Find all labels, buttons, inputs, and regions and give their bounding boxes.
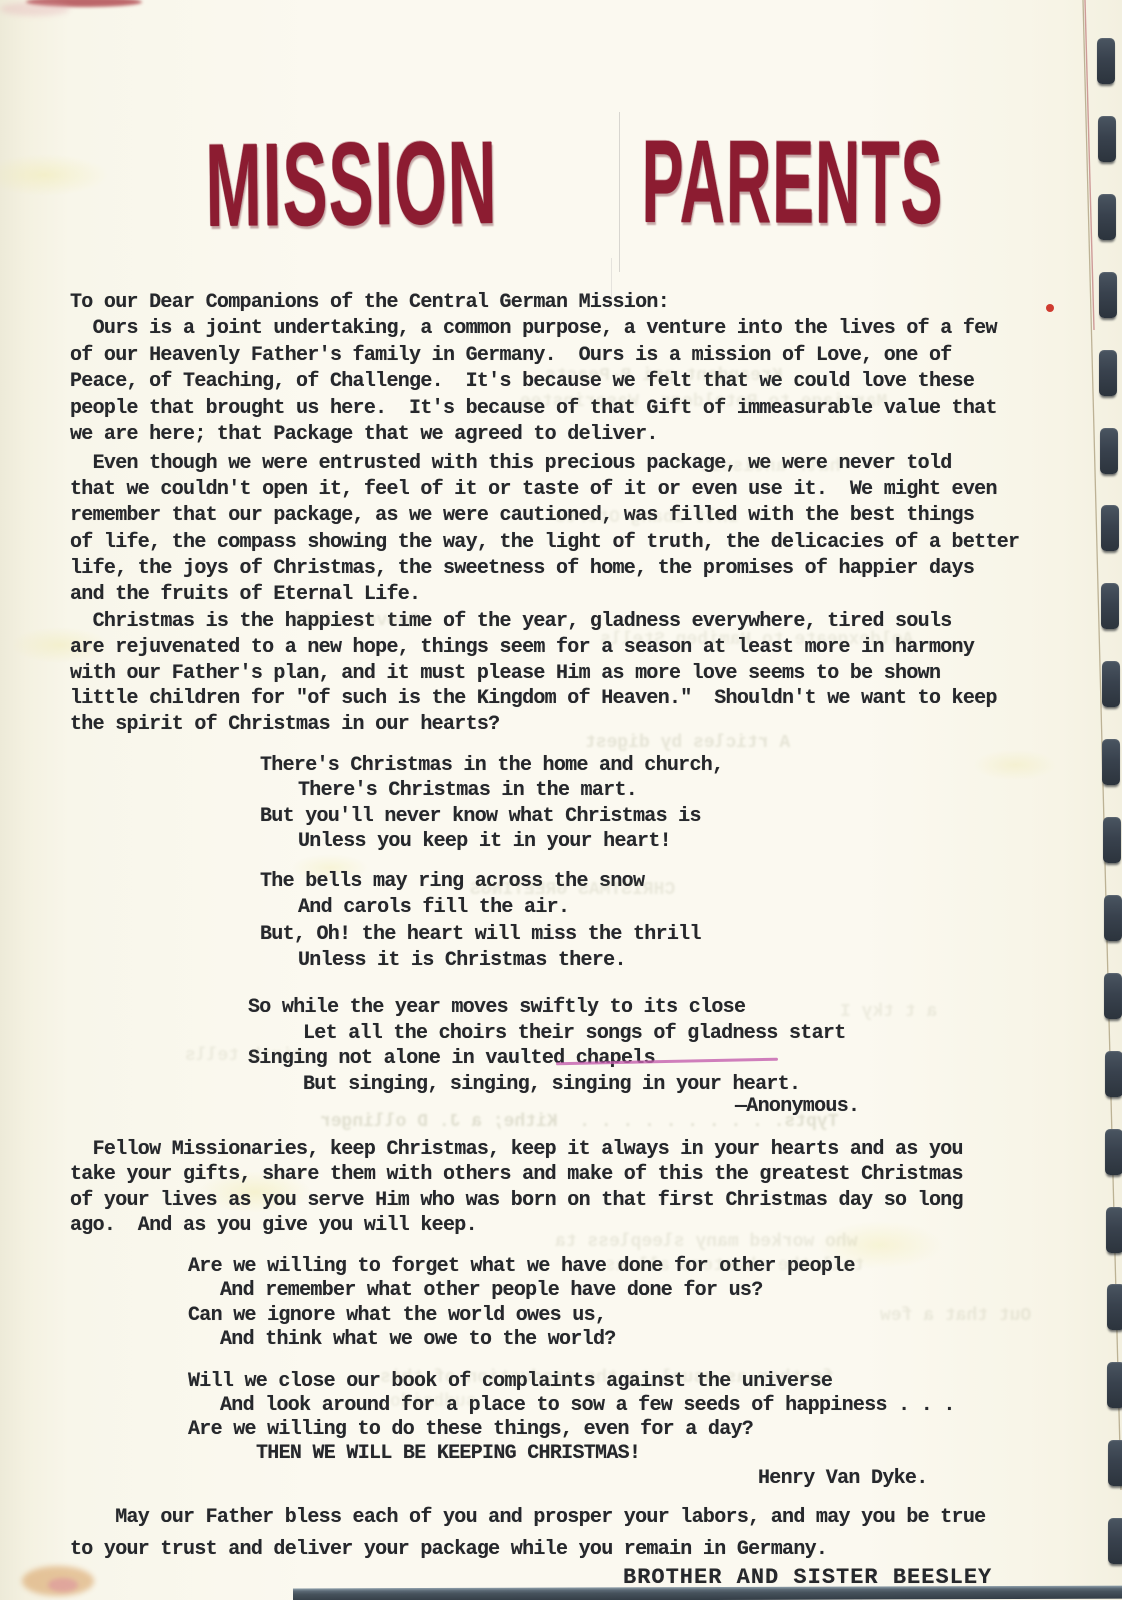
quote-stanza-2-line: Are we willing to do these things, even … [188, 1418, 955, 1442]
red-ink-speck [1046, 304, 1054, 312]
para-4-line: Fellow Missionaries, keep Christmas, kee… [70, 1137, 963, 1162]
para-1-line: Peace, of Teaching, of Challenge. It's b… [70, 369, 997, 396]
bleed-through-text: a t tky I [840, 1002, 937, 1022]
para-1-line: people that brought us here. It's becaus… [70, 396, 997, 423]
binding-tab [1099, 350, 1117, 396]
scanned-document-page: MISSION PARENTS To our Dear Companions o… [0, 0, 1122, 1600]
para-4-line: of your lives as you serve Him who was b… [70, 1188, 963, 1213]
para-4-line: ago. And as you give you will keep. [70, 1213, 963, 1238]
poem-stanza-1: There's Christmas in the home and church… [260, 753, 723, 854]
quote-stanza-2-line: And look around for a place to sow a few… [220, 1394, 955, 1418]
para-4-line: take your gifts, share them with others … [70, 1162, 963, 1187]
binding-tab [1102, 661, 1120, 707]
binding-tab [1102, 739, 1120, 785]
bottom-edge-bar [293, 1586, 1122, 1600]
para-5-line: to your trust and deliver your package w… [70, 1534, 985, 1566]
para-1: Ours is a joint undertaking, a common pu… [70, 316, 997, 449]
ink-smudge [48, 1578, 78, 1592]
binding-tab [1101, 505, 1119, 551]
para-3-line: the spirit of Christmas in our hearts? [70, 712, 997, 738]
para-2-line: remember that our package, as we were ca… [70, 503, 1019, 529]
poem-stanza-1-line: Unless you keep it in your heart! [298, 829, 723, 854]
attribution-van-dyke-line: Henry Van Dyke. [758, 1466, 928, 1492]
poem-stanza-2-line: And carols fill the air. [298, 895, 701, 921]
page-title-word-parents: PARENTS [642, 123, 944, 242]
para-2-line: of life, the compass showing the way, th… [70, 530, 1019, 556]
poem-stanza-3-line: Let all the choirs their songs of gladne… [303, 1021, 846, 1047]
para-3-line: little children for "of such is the King… [70, 686, 997, 712]
binding-tab [1099, 272, 1117, 318]
para-2-line: and the fruits of Eternal Life. [70, 582, 1019, 608]
para-3-line: with our Father's plan, and it must plea… [70, 661, 997, 687]
para-3: Christmas is the happiest time of the ye… [70, 609, 997, 738]
para-3-line: are rejuvenated to a new hope, things se… [70, 635, 997, 661]
quote-stanza-1-line: And think what we owe to the world? [220, 1328, 855, 1352]
poem-stanza-3: So while the year moves swiftly to its c… [248, 995, 846, 1097]
quote-stanza-1-line: Can we ignore what the world owes us, [188, 1304, 855, 1328]
para-4: Fellow Missionaries, keep Christmas, kee… [70, 1137, 963, 1239]
binding-tab [1108, 1518, 1122, 1564]
para-1-line: Ours is a joint undertaking, a common pu… [70, 316, 997, 343]
poem-stanza-3-line: So while the year moves swiftly to its c… [248, 995, 846, 1021]
para-2-line: Even though we were entrusted with this … [70, 451, 1019, 477]
para-2-line: life, the joys of Christmas, the sweetne… [70, 556, 1019, 582]
poem-stanza-1-line: There's Christmas in the home and church… [260, 753, 723, 778]
page-title-word-mission: MISSION [205, 124, 498, 245]
para-2: Even though we were entrusted with this … [70, 451, 1019, 608]
binding-tab [1103, 817, 1121, 863]
quote-stanza-2-line: Will we close our book of complaints aga… [188, 1370, 955, 1394]
quote-stanza-1: Are we willing to forget what we have do… [188, 1255, 855, 1353]
attribution-anonymous: —Anonymous. [735, 1094, 859, 1120]
binding-tab [1098, 194, 1116, 240]
binding-tab [1097, 38, 1115, 84]
para-1-line: we are here; that Package that we agreed… [70, 422, 997, 449]
poem-stanza-2-line: Unless it is Christmas there. [298, 948, 701, 974]
binding-tab [1098, 116, 1116, 162]
binding-tab [1105, 1129, 1122, 1175]
ink-smudge [26, 0, 142, 7]
salutation-line: To our Dear Companions of the Central Ge… [70, 289, 669, 316]
ink-smudge [0, 2, 70, 16]
poem-stanza-2-line: The bells may ring across the snow [260, 869, 701, 895]
para-2-line: that we couldn't open it, feel of it or … [70, 477, 1019, 503]
binding-tab [1108, 1440, 1122, 1486]
attribution-anonymous-line: —Anonymous. [735, 1094, 859, 1120]
quote-stanza-1-line: Are we willing to forget what we have do… [188, 1255, 855, 1279]
bleed-through-text: Out that a few [880, 1306, 1031, 1326]
para-3-line: Christmas is the happiest time of the ye… [70, 609, 997, 635]
binding-tab [1106, 1207, 1122, 1253]
binding-tab [1105, 1051, 1122, 1097]
binding-tab [1100, 428, 1118, 474]
quote-stanza-2-line: THEN WE WILL BE KEEPING CHRISTMAS! [256, 1442, 955, 1466]
fold-crease [619, 112, 620, 272]
binding-tab [1107, 1362, 1122, 1408]
binding-tab [1104, 895, 1122, 941]
ink-smudge [22, 1566, 94, 1596]
para-1-line: of our Heavenly Father's family in Germa… [70, 343, 997, 370]
poem-stanza-1-line: But you'll never know what Christmas is [260, 804, 723, 829]
attribution-van-dyke: Henry Van Dyke. [758, 1466, 928, 1492]
para-5: May our Father bless each of you and pro… [70, 1502, 985, 1566]
poem-stanza-2-line: But, Oh! the heart will miss the thrill [260, 922, 701, 948]
poem-stanza-1-line: There's Christmas in the mart. [298, 778, 723, 803]
quote-stanza-1-line: And remember what other people have done… [220, 1279, 855, 1303]
salutation: To our Dear Companions of the Central Ge… [70, 289, 669, 316]
binding-tab [1107, 1284, 1122, 1330]
para-5-line: May our Father bless each of you and pro… [70, 1502, 985, 1534]
quote-stanza-2: Will we close our book of complaints aga… [188, 1370, 955, 1466]
poem-stanza-2: The bells may ring across the snowAnd ca… [260, 869, 701, 974]
binding-tab [1101, 583, 1119, 629]
binding-tab [1104, 973, 1122, 1019]
